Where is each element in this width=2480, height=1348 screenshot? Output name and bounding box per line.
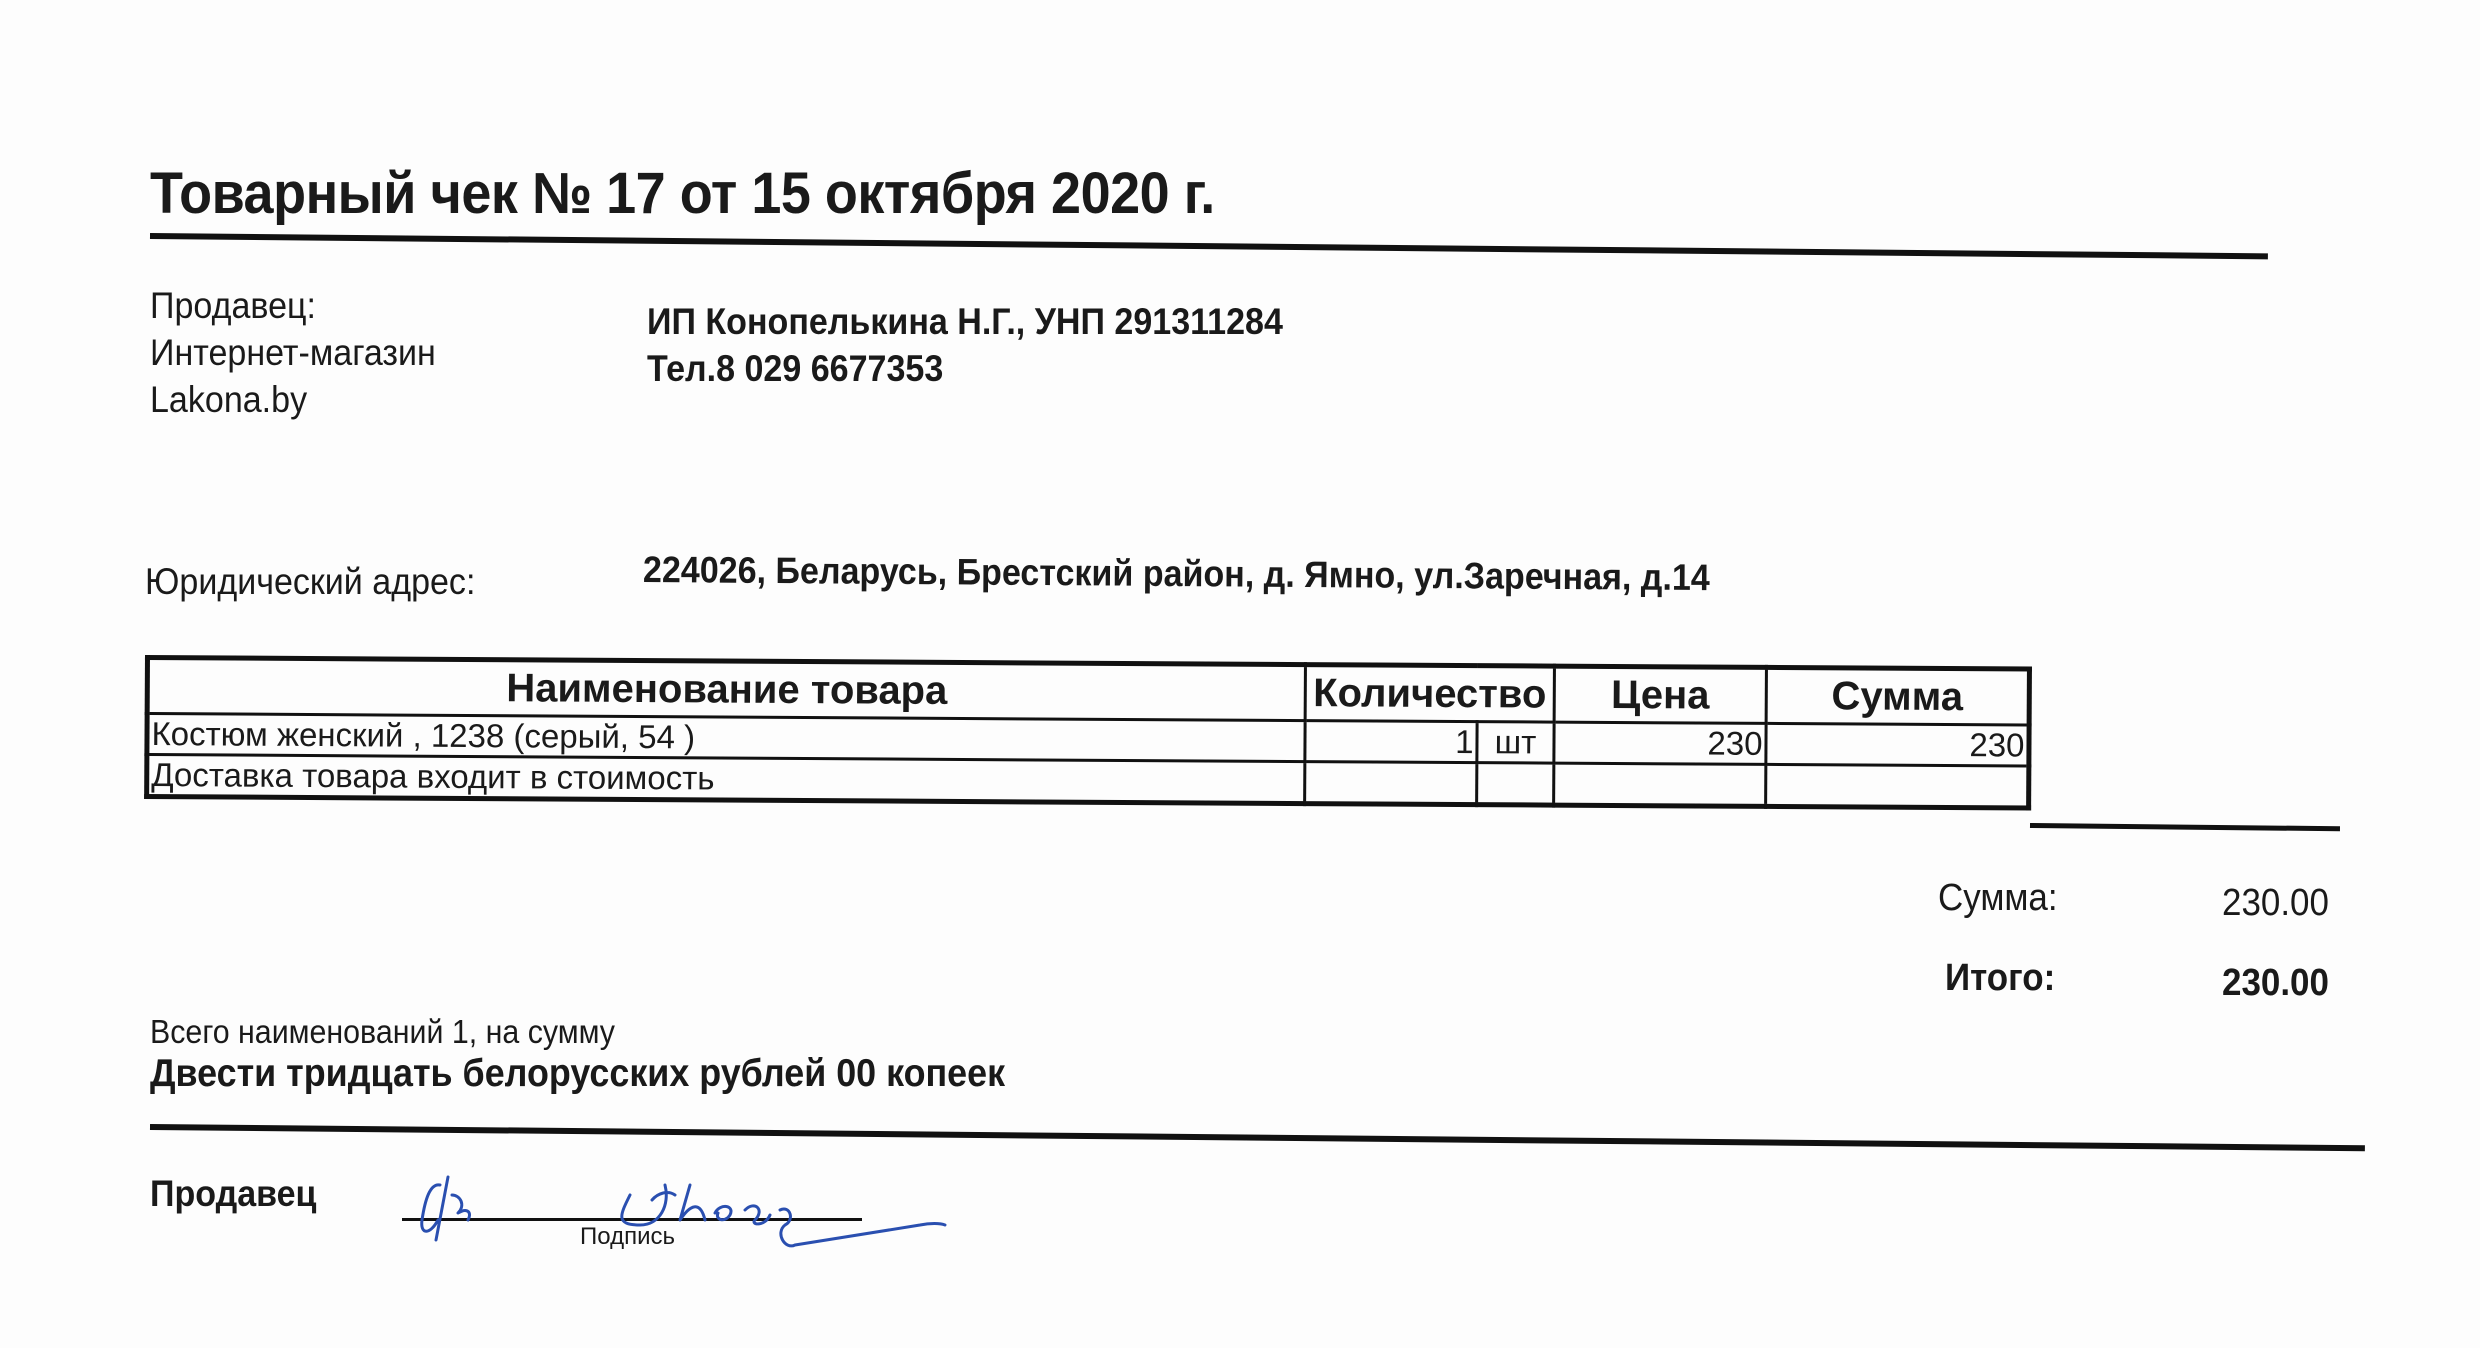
items-count-line: Всего наименований 1, на сумму: [150, 1008, 615, 1055]
amount-in-words: Двести тридцать белорусских рублей 00 ко…: [150, 1050, 1005, 1097]
item-qty: 1: [1305, 721, 1477, 763]
item-price: 230: [1554, 722, 1766, 764]
item-name: Доставка товара входит в стоимость: [147, 755, 1305, 804]
item-qty: [1305, 762, 1477, 805]
total-label: Итого:: [1945, 955, 2055, 1002]
items-table: Наименование товара Количество Цена Сумм…: [144, 655, 2032, 811]
col-price-header: Цена: [1554, 666, 1766, 723]
seller-values: ИП Конопелькина Н.Г., УНП 291311284 Тел.…: [647, 298, 1338, 392]
seller-labels: Продавец: Интернет-магазин Lakona.by: [150, 282, 461, 423]
signature-scribble: [400, 1165, 960, 1255]
seller-name: ИП Конопелькина Н.Г., УНП 291311284: [647, 298, 1283, 345]
seller-shop-label: Интернет-магазин: [150, 329, 436, 376]
item-unit: [1477, 763, 1554, 805]
col-name-header: Наименование товара: [147, 658, 1305, 721]
col-sum-header: Сумма: [1766, 667, 2029, 725]
receipt-title: Товарный чек № 17 от 15 октября 2020 г.: [150, 160, 1215, 227]
table-bottom-rule: [2030, 823, 2340, 831]
seller-signature-label: Продавец: [150, 1170, 316, 1217]
sum-value: 230.00: [2222, 880, 2329, 927]
seller-site-label: Lakona.by: [150, 376, 436, 423]
footer-rule: [150, 1124, 2365, 1151]
item-price: [1554, 763, 1766, 806]
signature-caption: Подпись: [580, 1223, 675, 1251]
seller-label: Продавец:: [150, 282, 436, 329]
item-sum: 230: [1766, 723, 2029, 766]
seller-phone: Тел.8 029 6677353: [647, 345, 1283, 392]
sum-label: Сумма:: [1938, 875, 2058, 922]
title-rule: [150, 233, 2268, 259]
item-sum: [1766, 764, 2029, 808]
legal-address-label: Юридический адрес:: [145, 558, 475, 605]
col-qty-header: Количество: [1305, 665, 1554, 723]
legal-address-value: 224026, Беларусь, Брестский район, д. Ям…: [643, 546, 1710, 601]
item-name: Костюм женский , 1238 (серый, 54 ): [147, 714, 1305, 762]
total-value: 230.00: [2222, 960, 2329, 1007]
item-unit: шт: [1477, 722, 1554, 763]
